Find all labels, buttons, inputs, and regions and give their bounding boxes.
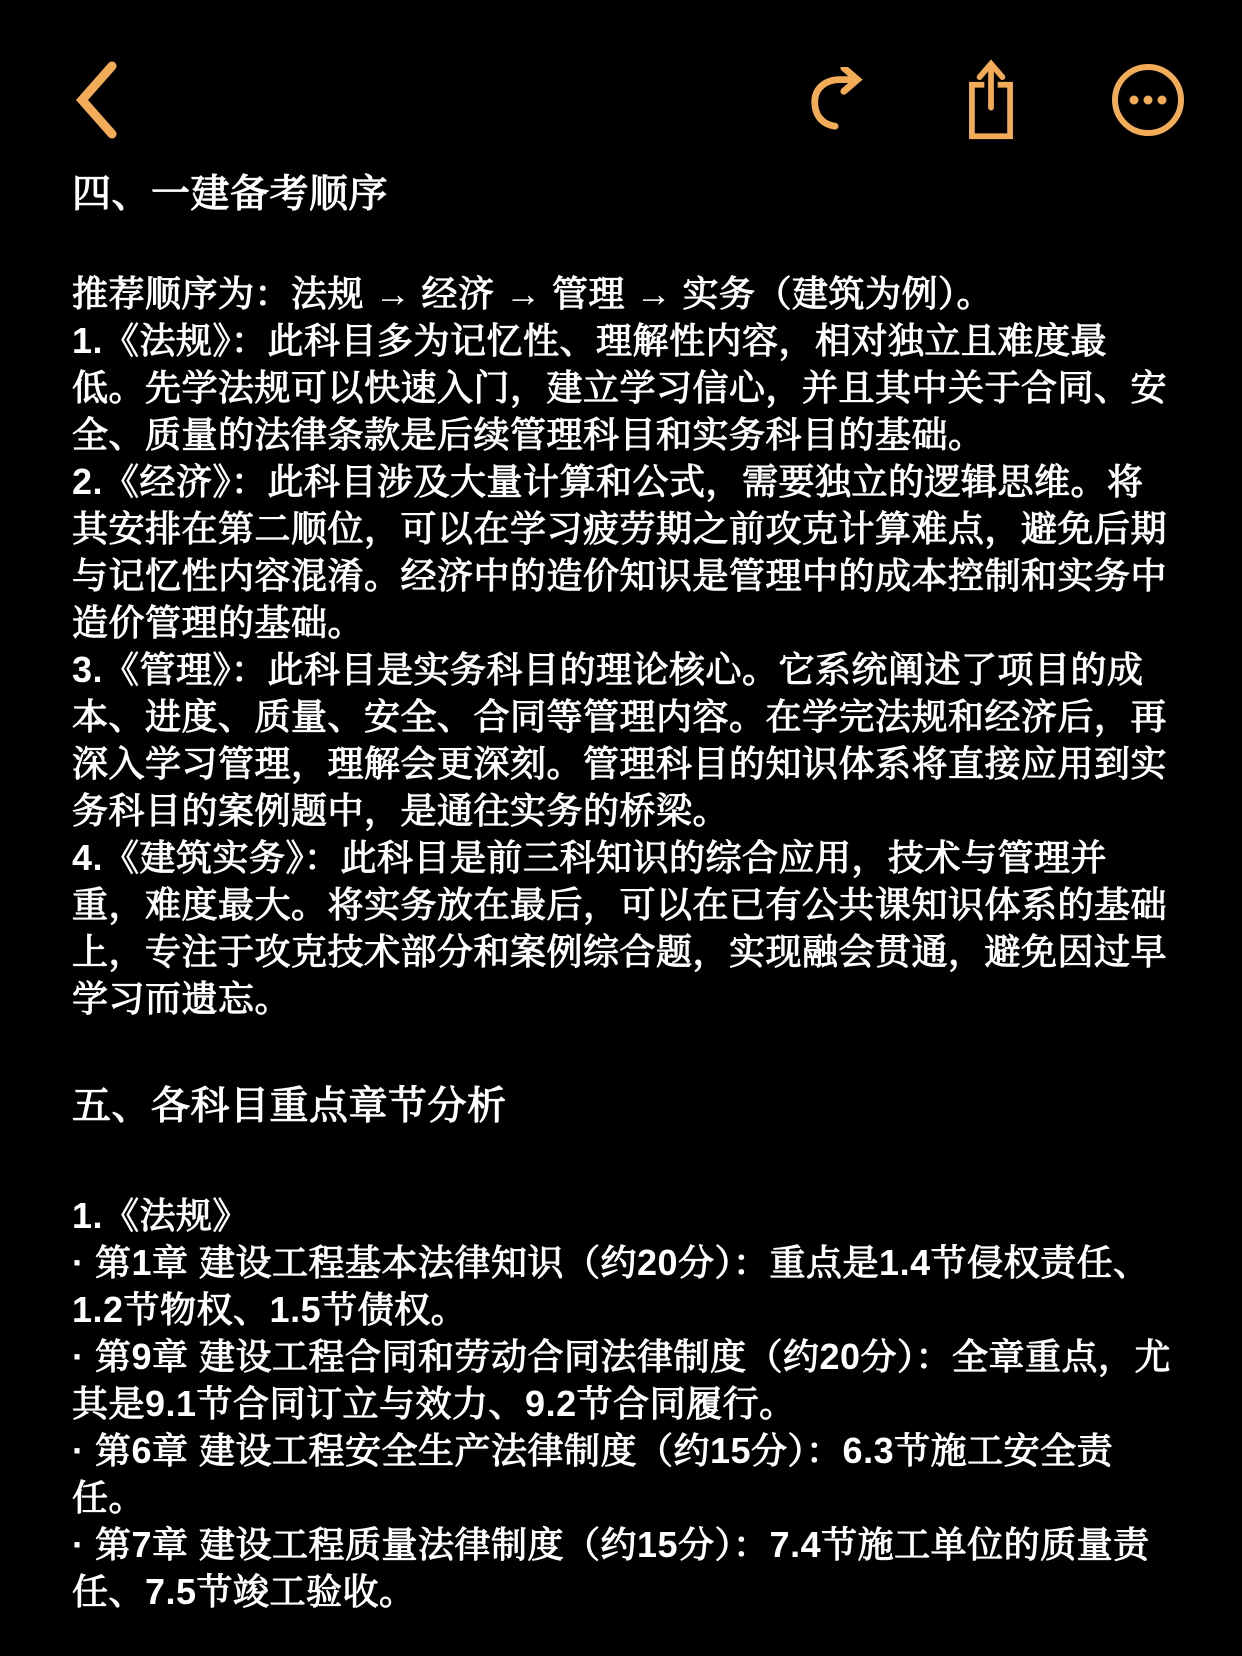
section-order-heading: 四、一建备考顺序 — [72, 172, 1178, 218]
order-item-shiwu: 4.《建筑实务》：此科目是前三科知识的综合应用，技术与管理并重，难度最大。将实务… — [72, 834, 1178, 1022]
chapter-bullet-2: · 第9章 建设工程合同和劳动合同法律制度（约20分）：全章重点，尤其是9.1节… — [72, 1333, 1178, 1427]
chapters-subject: 1.《法规》 — [72, 1192, 1178, 1239]
redo-icon — [806, 67, 872, 133]
redo-button[interactable] — [806, 67, 872, 133]
order-item-jingji: 2.《经济》：此科目涉及大量计算和公式，需要独立的逻辑思维。将其安排在第二顺位，… — [72, 458, 1178, 646]
share-button[interactable] — [960, 58, 1022, 142]
back-button[interactable] — [72, 61, 120, 139]
chapter-bullet-1: · 第1章 建设工程基本法律知识（约20分）：重点是1.4节侵权责任、1.2节物… — [72, 1239, 1178, 1333]
toolbar-right-group — [806, 58, 1186, 142]
section-chapters-heading: 五、各科目重点章节分析 — [72, 1084, 1178, 1130]
order-item-guanli: 3.《管理》：此科目是实务科目的理论核心。它系统阐述了项目的成本、进度、质量、安… — [72, 646, 1178, 834]
toolbar — [0, 0, 1242, 148]
share-icon — [960, 58, 1022, 142]
more-button[interactable] — [1110, 62, 1186, 138]
order-item-fagui: 1.《法规》：此科目多为记忆性、理解性内容，相对独立且难度最低。先学法规可以快速… — [72, 317, 1178, 458]
ellipsis-circle-icon — [1110, 62, 1186, 138]
chevron-left-icon — [72, 61, 120, 139]
note-content: 四、一建备考顺序 推荐顺序为：法规 → 经济 → 管理 → 实务（建筑为例）。 … — [0, 148, 1242, 1615]
chapter-bullet-3: · 第6章 建设工程安全生产法律制度（约15分）：6.3节施工安全责任。 — [72, 1427, 1178, 1521]
chapter-bullet-4: · 第7章 建设工程质量法律制度（约15分）：7.4节施工单位的质量责任、7.5… — [72, 1521, 1178, 1615]
order-intro: 推荐顺序为：法规 → 经济 → 管理 → 实务（建筑为例）。 — [72, 270, 1178, 317]
